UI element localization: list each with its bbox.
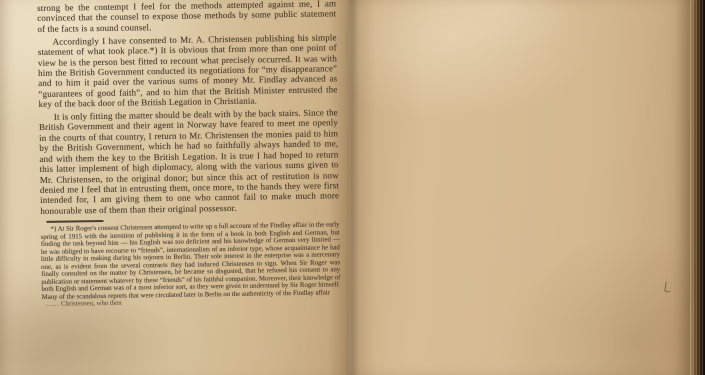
left-page: strong be the contempt I feel for the me…	[0, 0, 349, 375]
left-page-text: strong be the contempt I feel for the me…	[37, 0, 341, 308]
left-paragraph: It is only fitting the matter should be …	[39, 107, 340, 216]
margin-pencil-mark	[664, 282, 671, 293]
footnote-separator	[46, 220, 103, 222]
left-paragraph-continued: strong be the contempt I feel for the me…	[37, 0, 336, 34]
page-edge-stack	[690, 0, 705, 375]
left-paragraph: Accordingly I have consented to Mr. A. C…	[38, 32, 338, 110]
book-spread: strong be the contempt I feel for the me…	[0, 0, 705, 375]
right-page: personal infirmity? For he has put for- …	[349, 0, 690, 375]
left-footnote: *) At Sir Roger's consent Christensen at…	[41, 221, 341, 301]
